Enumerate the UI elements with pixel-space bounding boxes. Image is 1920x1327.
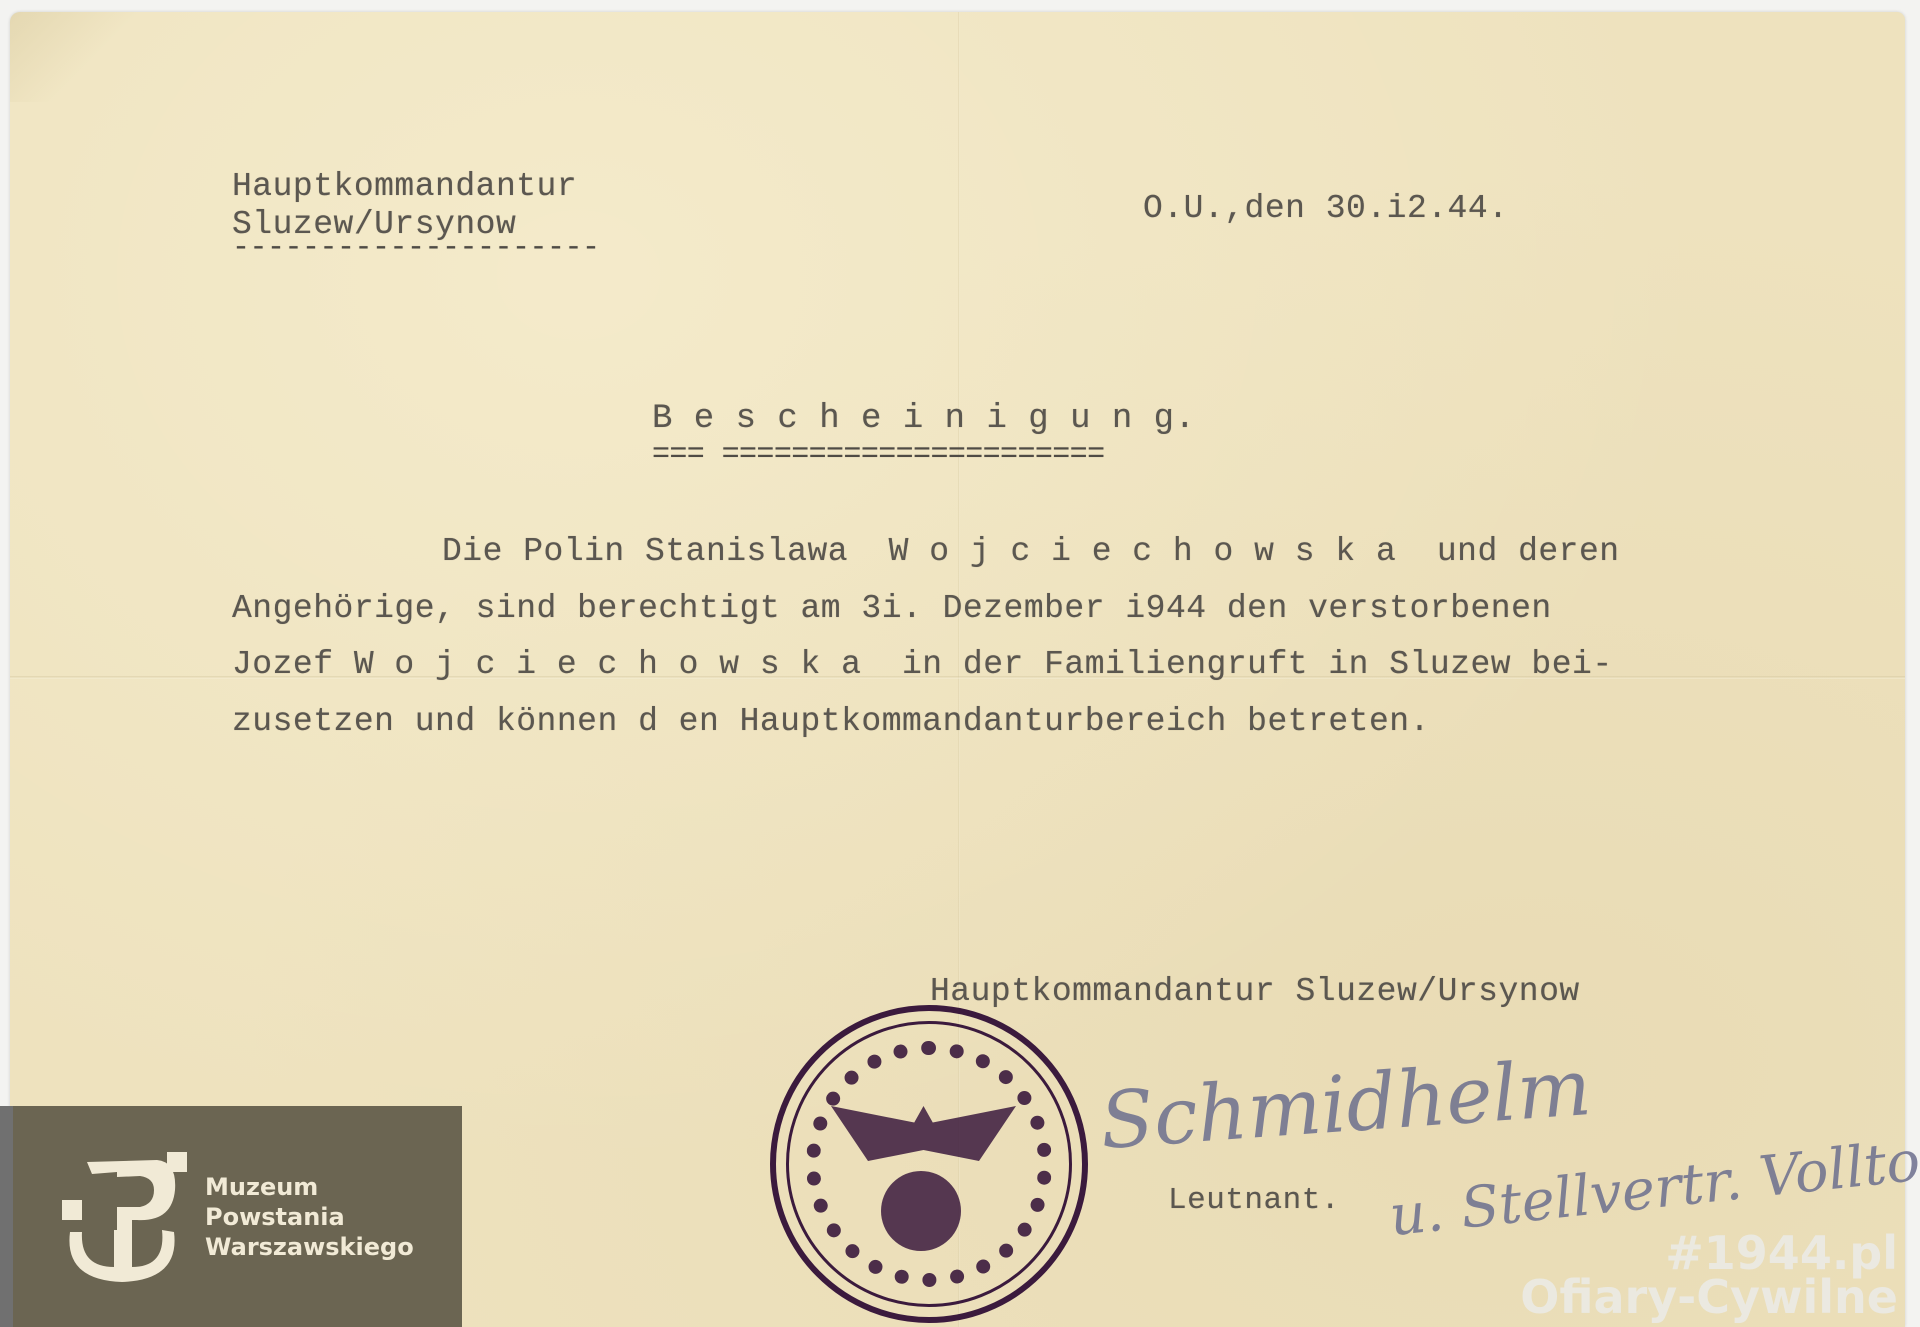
corner-crease <box>10 12 140 102</box>
kotwica-anchor-icon <box>62 1152 187 1282</box>
body-line-2: Angehörige, sind berechtigt am 3i. Dezem… <box>232 592 1552 625</box>
official-stamp <box>770 1005 1088 1323</box>
body-line-1: Die Polin Stanislawa W o j c i e c h o w… <box>442 535 1620 568</box>
header-line-1: Hauptkommandantur <box>232 170 577 203</box>
document-title: B e s c h e i n i g u n g. <box>652 402 1196 436</box>
museum-logo-panel: Muzeum Powstania Warszawskiego <box>0 1106 462 1327</box>
logo-panel-edge <box>0 1106 13 1327</box>
body-line-3: Jozef W o j c i e c h o w s k a in der F… <box>232 648 1613 681</box>
title-underline: === ====================== <box>652 440 1104 470</box>
signature-office: Hauptkommandantur Sluzew/Ursynow <box>930 975 1580 1008</box>
date-line: O.U.,den 30.i2.44. <box>1143 192 1508 225</box>
body-line-4: zusetzen und können d en Hauptkommandant… <box>232 705 1430 738</box>
museum-name-line-1: Muzeum <box>205 1172 414 1202</box>
signature-rank: Leutnant. <box>1168 1185 1340 1216</box>
header-underline: --------------------- <box>232 233 600 263</box>
museum-name-line-2: Powstania <box>205 1202 414 1232</box>
watermark-collection: Ofiary-Cywilne <box>1520 1270 1898 1324</box>
museum-name-line-3: Warszawskiego <box>205 1232 414 1262</box>
museum-name: Muzeum Powstania Warszawskiego <box>205 1172 414 1262</box>
stamp-emblem-center <box>881 1171 961 1251</box>
